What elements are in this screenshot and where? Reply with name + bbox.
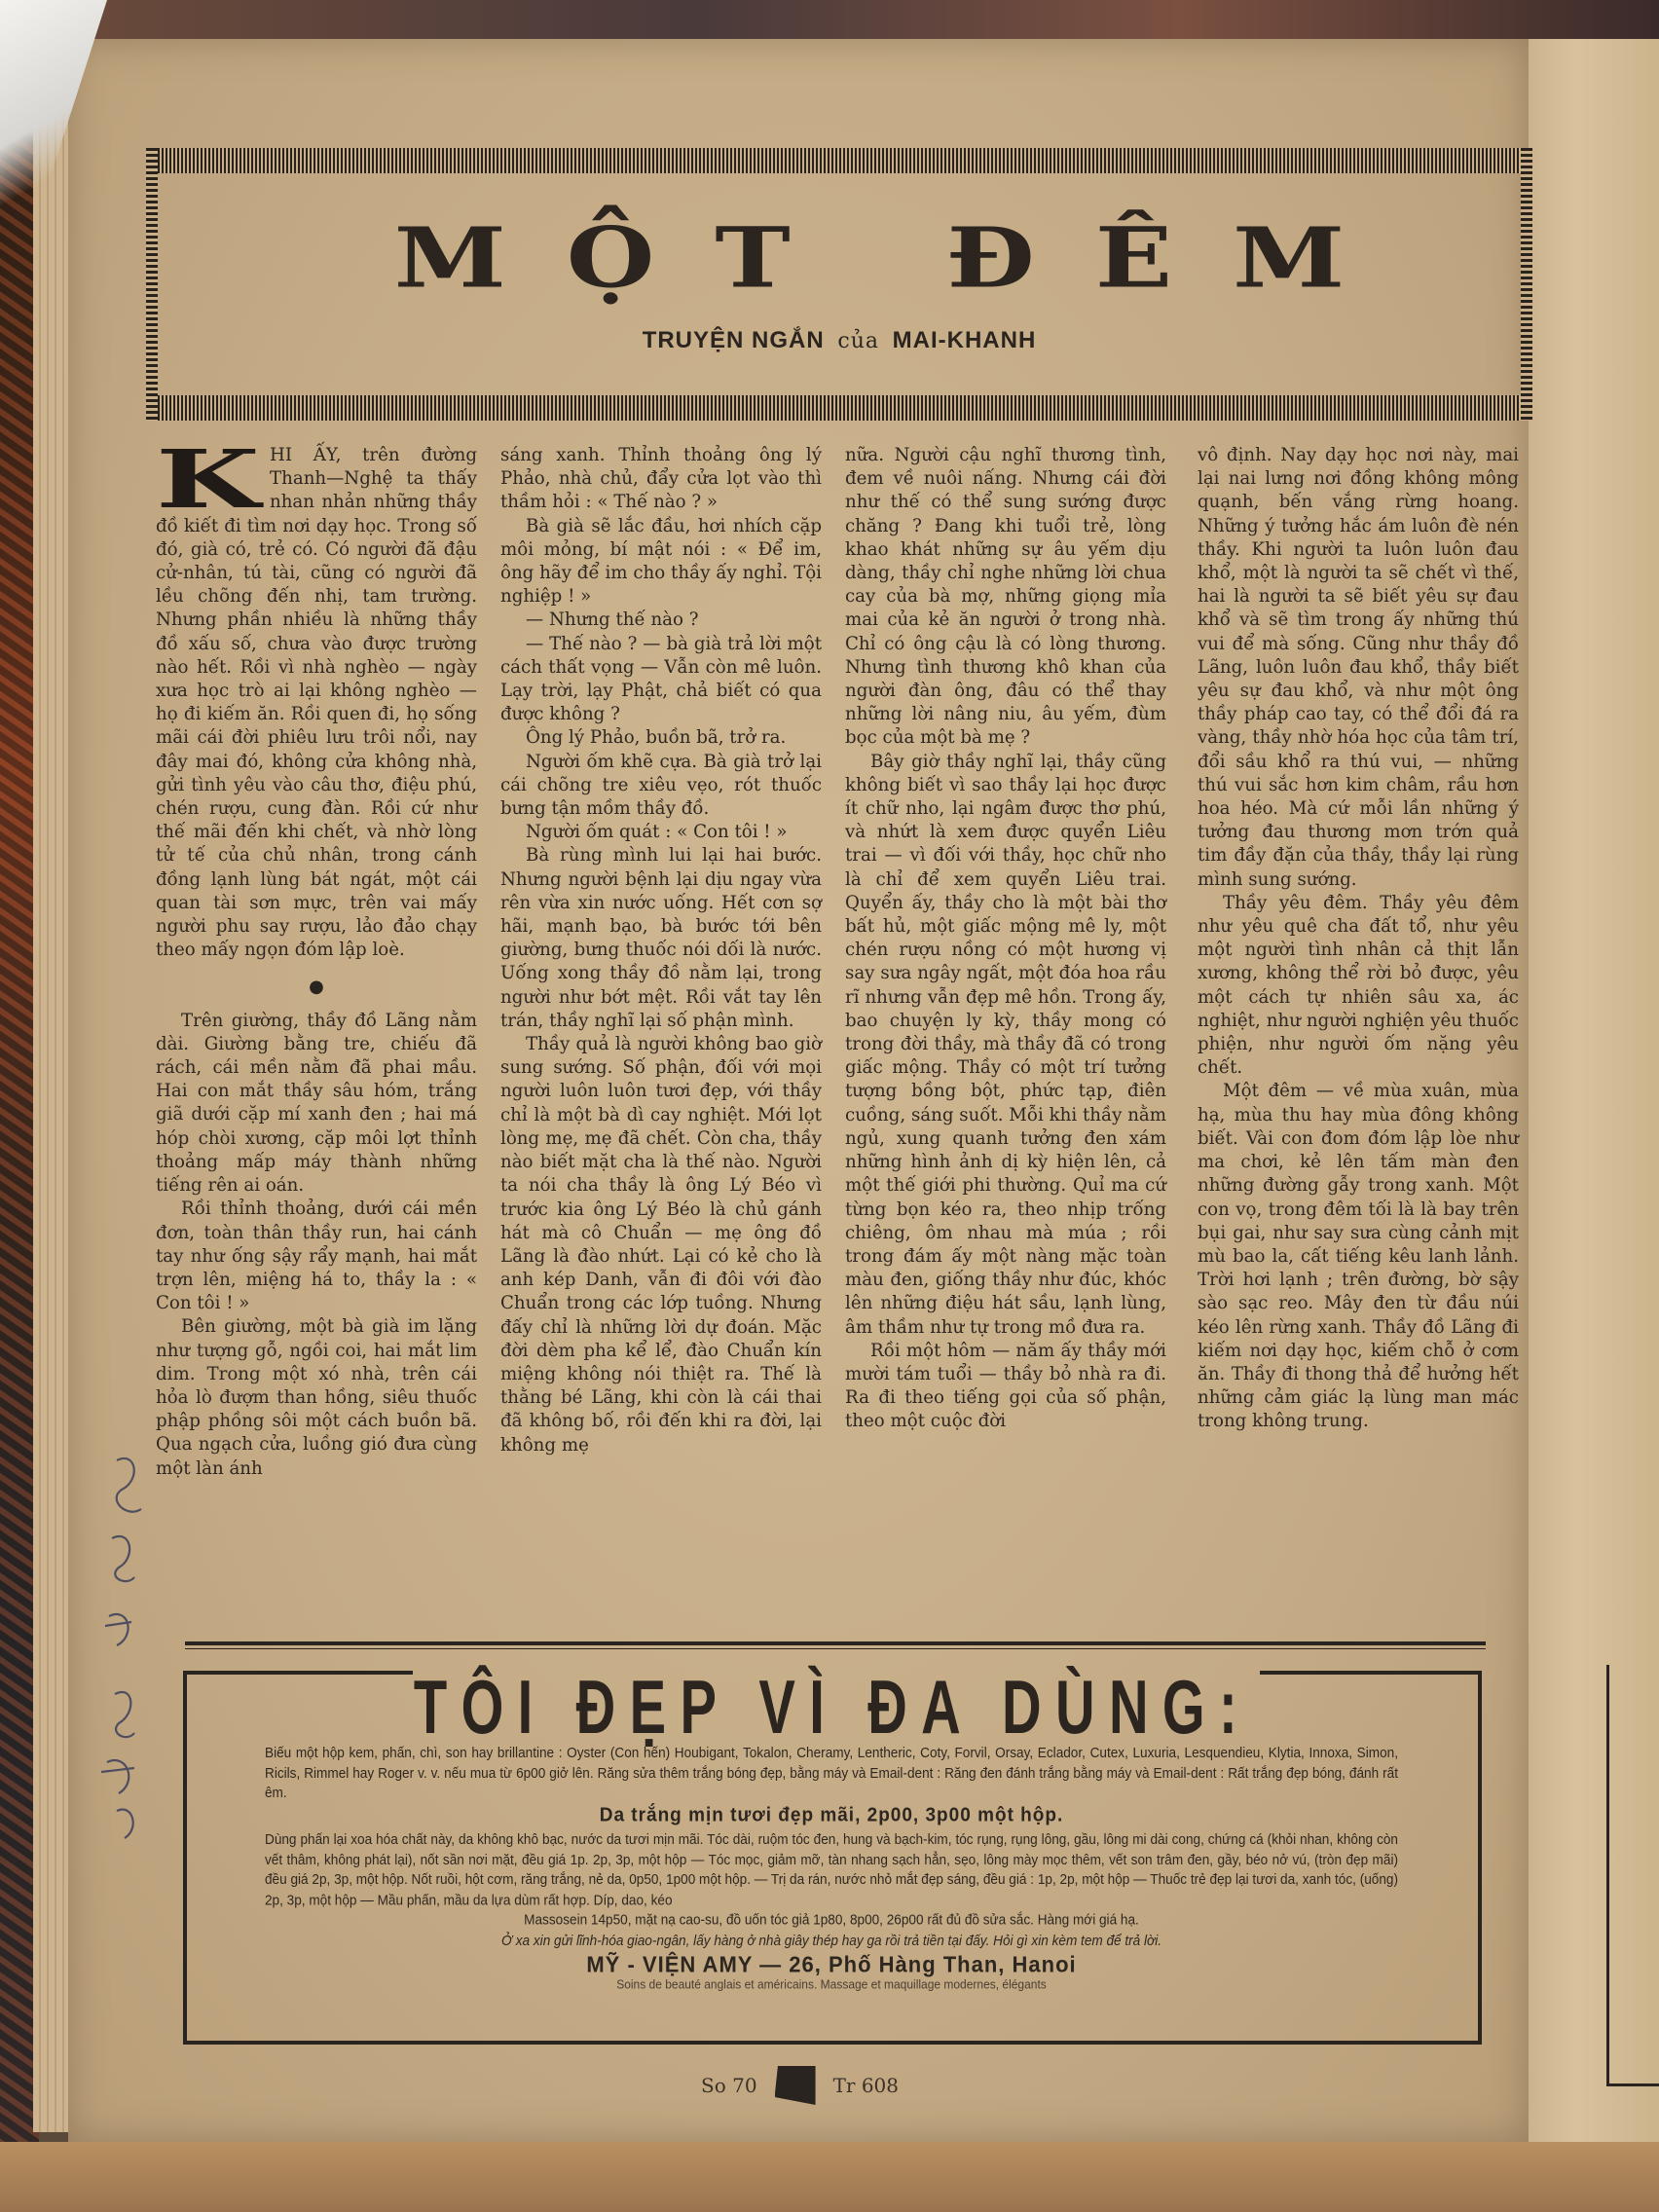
paragraph: Thầy yêu đêm. Thầy yêu đêm như yêu quê c… [1198,892,1519,1081]
story-title: MỘT ĐÊM [146,208,1593,307]
table-surface [0,2142,1659,2212]
paragraph: vô định. Nay dạy học nơi này, mai lại na… [1198,444,1519,892]
story-byline: TRUYỆN NGẮN của MAI-KHANH [146,327,1532,354]
ad-paragraph: Massosein 14p50, mặt nạ cao-su, đồ uốn t… [265,1910,1398,1931]
advertisement-box: TÔI ĐẸP VÌ ĐA DÙNG: Biếu một hộp kem, ph… [183,1671,1482,2045]
article-column-3: nữa. Người cậu nghĩ thương tình, đem về … [845,444,1166,1434]
ad-headline: TÔI ĐẸP VÌ ĐA DÙNG: [368,1663,1298,1751]
divider-rule-thin [185,1648,1486,1649]
paragraph: Bên giường, một bà già im lặng như tượng… [156,1315,477,1480]
ad-tagline: Soins de beauté anglais et américains. M… [265,1974,1398,1995]
ad-body: Biếu một hộp kem, phấn, chì, son hay bri… [265,1743,1398,1995]
byline-by: của [837,329,879,353]
title-frame: MỘT ĐÊM TRUYỆN NGẮN của MAI-KHANH [146,148,1532,421]
handwritten-scribble-icon [97,1451,156,1840]
paragraph: Người ốm khẽ cựa. Bà già trở lại cái chõ… [500,751,822,822]
frame-bottom-border [146,395,1532,421]
ad-paragraph: Dùng phấn lại xoa hóa chất này, da không… [265,1829,1398,1910]
paragraph: Bây giờ thầy nghĩ lại, thầy cũng không b… [845,751,1166,1340]
paragraph: Thầy quả là người không bao giờ sung sướ… [500,1033,822,1457]
paragraph: Ông lý Phảo, buồn bã, trở ra. [500,726,822,750]
article-column-4: vô định. Nay dạy học nơi này, mai lại na… [1198,444,1519,1434]
paragraph: Một đêm — về mùa xuân, mùa hạ, mùa thu h… [1198,1080,1519,1433]
paragraph: Rồi thỉnh thoảng, dưới cái mền đơn, toàn… [156,1198,477,1315]
drop-cap: K [156,450,310,512]
ad-shop-address: MỸ - VIỆN AMY — 26, Phố Hàng Than, Hanoi [265,1954,1398,1974]
article-column-1: K HI ẤY, trên đường Thanh—Nghệ ta thấy n… [156,444,477,1481]
paragraph: Bà rùng mình lui lại hai bước. Nhưng ngư… [500,844,822,1033]
magazine-logo-icon [775,2066,816,2105]
section-break-ornament: ● [156,976,477,999]
paragraph: nữa. Người cậu nghĩ thương tình, đem về … [845,444,1166,751]
paragraph: — Thế nào ? — bà già trả lời một cách th… [500,633,822,727]
paragraph: — Nhưng thế nào ? [500,608,822,632]
paragraph: sáng xanh. Thỉnh thoảng ông lý Phảo, nhà… [500,444,822,515]
paragraph: Trên giường, thầy đồ Lãng nằm dài. Giườn… [156,1010,477,1198]
page-number: Tr 608 [833,2074,899,2097]
paragraph: Rồi một hôm — năm ấy thầy mới mười tám t… [845,1340,1166,1434]
byline-author: MAI-KHANH [893,327,1037,353]
ad-highlight: Da trắng mịn tươi đẹp mãi, 2p00, 3p00 mộ… [265,1805,1398,1825]
adjacent-page-box [1606,1665,1659,2086]
paragraph: Người ốm quát : « Con tôi ! » [500,821,822,844]
byline-genre: TRUYỆN NGẮN [643,327,825,353]
frame-top-border [146,148,1532,173]
book-cover-edge [58,0,1659,39]
ad-paragraph: Biếu một hộp kem, phấn, chì, son hay bri… [265,1743,1398,1803]
page-footer: So 70 Tr 608 [701,2066,899,2105]
ad-ordering-note: Ở xa xin gửi lĩnh-hóa giao-ngân, lấy hàn… [265,1930,1398,1950]
issue-number: So 70 [701,2074,757,2097]
article-column-2: sáng xanh. Thỉnh thoảng ông lý Phảo, nhà… [500,444,822,1457]
divider-rule [185,1641,1486,1645]
paragraph: Bà già sẽ lắc đầu, hơi nhích cặp môi mỏn… [500,515,822,609]
